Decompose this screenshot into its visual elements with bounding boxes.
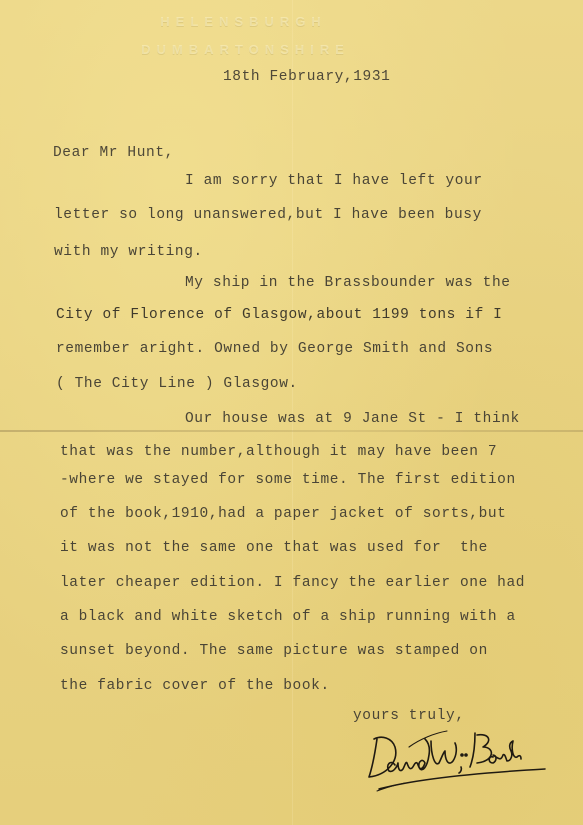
letter-date: 18th February,1931 <box>223 69 390 85</box>
paragraph-3-line-6: later cheaper edition. I fancy the earli… <box>60 575 525 591</box>
paragraph-1-line-1: I am sorry that I have left your <box>185 173 483 189</box>
paragraph-3-line-7: a black and white sketch of a ship runni… <box>60 609 516 625</box>
letter-page: HELENSBURGH DUMBARTONSHIRE 18th February… <box>0 0 583 825</box>
paragraph-3-line-2: that was the number,although it may have… <box>60 444 497 460</box>
letterhead-town: HELENSBURGH <box>0 14 535 29</box>
horizontal-fold-line <box>0 430 583 432</box>
paragraph-2-line-3: remember aright. Owned by George Smith a… <box>56 341 493 357</box>
paragraph-1-line-2: letter so long unanswered,but I have bee… <box>54 207 482 223</box>
paragraph-3-line-4: of the book,1910,had a paper jacket of s… <box>60 506 506 522</box>
paragraph-2-line-4: ( The City Line ) Glasgow. <box>56 376 298 392</box>
paragraph-3-line-3: -where we stayed for some time. The firs… <box>60 472 516 488</box>
handwritten-signature <box>365 725 555 795</box>
paragraph-1-line-3: with my writing. <box>54 244 203 260</box>
paragraph-3-line-8: sunset beyond. The same picture was stam… <box>60 643 488 659</box>
letterhead-county: DUMBARTONSHIRE <box>0 42 537 57</box>
salutation: Dear Mr Hunt, <box>53 145 174 161</box>
paragraph-3-line-9: the fabric cover of the book. <box>60 678 330 694</box>
paragraph-3-line-5: it was not the same one that was used fo… <box>60 540 488 556</box>
paragraph-2-line-1: My ship in the Brassbounder was the <box>185 275 511 291</box>
paragraph-2-line-2: City of Florence of Glasgow,about 1199 t… <box>56 307 502 323</box>
closing: yours truly, <box>353 708 465 724</box>
paragraph-3-line-1: Our house was at 9 Jane St - I think <box>185 411 520 427</box>
